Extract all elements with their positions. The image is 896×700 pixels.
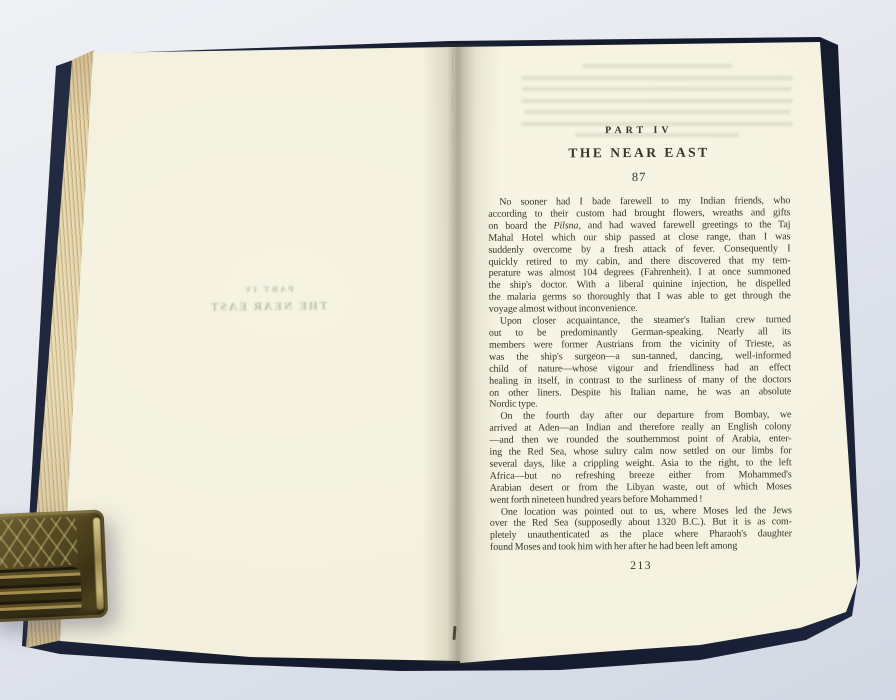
showthrough-bar [582,64,732,68]
body-line: Mahal Hotel which our ship passed at clo… [488,231,790,244]
section-number: 87 [488,169,790,186]
showthrough-bar [524,110,791,114]
showthrough-bar [521,76,793,80]
showthrough-part-label: PART IV [193,283,343,295]
left-page-showthrough-text: PART IV THE NEAR EAST [193,283,343,314]
page-number: 213 [490,559,792,573]
clamp-edge-highlight [93,518,104,610]
body-line: child of nature—whose vigour and friendl… [489,362,791,375]
brass-clamp [0,509,108,622]
body-line: Arabian desert or from the Libyan waste,… [490,481,792,494]
body-line: found Moses and took him with her after … [490,540,792,553]
gutter-shadow [422,44,500,664]
clamp-ridges [0,566,82,616]
book-photo: PART IV THE NEAR EAST PART IV THE NEAR E… [0,0,896,700]
body-lines: No sooner had I bade farewell to my Indi… [488,195,792,554]
showthrough-bar [521,99,793,103]
body-line: pletely unauthenticated as the place whe… [490,529,792,542]
body-line: the malaria germs so thoroughly that I w… [489,290,791,303]
clamp-crosshatch [0,517,78,569]
body-line: healing in itself, in contrast to the su… [489,374,791,387]
showthrough-chapter-title: THE NEAR EAST [193,300,343,314]
printed-text-block: PART IV THE NEAR EAST 87 No sooner had I… [488,124,792,573]
part-label: PART IV [488,124,790,137]
body-line: suddenly overcome by a fresh attack of f… [488,243,790,256]
chapter-title: THE NEAR EAST [488,144,790,162]
showthrough-bar [522,87,791,91]
body-line: on other liners. Despite his Italian nam… [489,386,791,399]
